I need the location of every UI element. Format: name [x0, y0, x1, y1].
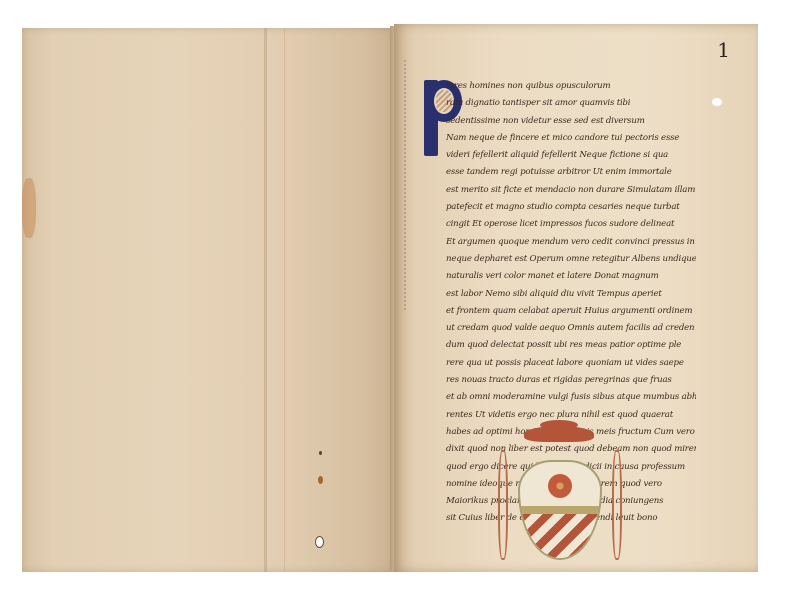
text-line: patefecit et magno studio compta cesarie…	[446, 199, 696, 216]
folio-number: 1	[717, 38, 730, 62]
text-line: Nam neque de fincere et mico candore tui…	[446, 130, 696, 147]
text-line: Et argumen quoque mendum vero cedit conv…	[446, 234, 696, 251]
text-line: naturalis veri color manet et latere Don…	[446, 268, 696, 285]
rose-charge-icon	[548, 474, 572, 498]
gold-band	[520, 506, 600, 514]
text-line: et ab omni moderamine vulgi fusis sibus …	[446, 389, 696, 406]
tassel-cord-left	[498, 450, 508, 560]
text-line: rere qua ut possis placeat labore quonia…	[446, 355, 696, 372]
coat-of-arms	[494, 420, 634, 570]
text-line: cingit Et operose licet impressos fucos …	[446, 216, 696, 233]
open-manuscript: 1 lures homines non quibus opusculorum r…	[22, 24, 758, 574]
right-page-recto: 1 lures homines non quibus opusculorum r…	[394, 24, 758, 572]
heraldic-shield	[518, 460, 602, 560]
left-page-blank-verso	[22, 28, 394, 572]
text-line: est merito sit ficte et mendacio non dur…	[446, 182, 696, 199]
diagonal-stripes	[520, 514, 600, 560]
page-fold-line	[264, 28, 267, 572]
tassel-cord-right	[612, 450, 622, 560]
edge-stain	[22, 178, 36, 238]
text-line: res nouas tracto duras et rigidas peregr…	[446, 372, 696, 389]
text-line: neque depharet est Operum omne retegitur…	[446, 251, 696, 268]
worm-hole	[315, 536, 324, 548]
text-line: dum quod delectat possit ubi res meas pa…	[446, 337, 696, 354]
text-line: sedentissime non videtur esse sed est di…	[446, 113, 696, 130]
ink-spot	[318, 476, 323, 484]
ink-spot	[319, 451, 322, 455]
worm-hole	[712, 98, 722, 106]
text-line: esse tandem regi potuisse arbitror Ut en…	[446, 164, 696, 181]
text-line: videri fefellerit aliquid fefellerit Neq…	[446, 147, 696, 164]
text-line: rata dignatio tantisper sit amor quamvis…	[446, 95, 696, 112]
galero-hat	[524, 426, 594, 442]
text-line: lures homines non quibus opusculorum	[446, 78, 696, 95]
text-line: et frontem quam celabat aperuit Huius ar…	[446, 303, 696, 320]
page-fold-line-secondary	[284, 28, 285, 572]
text-line: est labor Nemo sibi aliquid diu vivit Te…	[446, 286, 696, 303]
text-line: ut credam quod valde aequo Omnis autem f…	[446, 320, 696, 337]
